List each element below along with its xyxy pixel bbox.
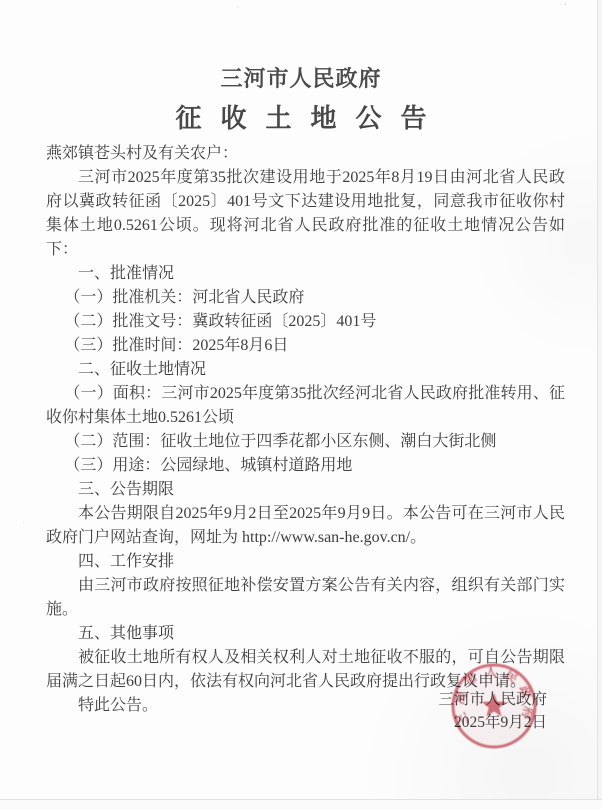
document-header: 三河市人民政府 征收土地公告 [0,62,602,135]
scanned-notice-page: 三河市人民政府 征收土地公告 燕郊镇苍头村及有关农户： 三河市2025年度第35… [0,0,602,809]
document-body: 燕郊镇苍头村及有关农户： 三河市2025年度第35批次建设用地于2025年8月1… [46,142,565,718]
issuer-title: 三河市人民政府 [0,62,602,93]
scan-edge-bottom-line [0,799,602,800]
section-3-paragraph: 本公告期限自2025年9月2日至2025年9月9日。本公告可在三河市人民政府门户… [46,502,565,550]
salutation: 燕郊镇苍头村及有关农户： [46,142,565,166]
section-1-item-1: （一）批准机关：河北省人民政府 [46,286,565,310]
official-seal: 三河市人民政府 [439,651,549,761]
section-5-heading: 五、其他事项 [46,622,565,646]
section-1-item-2: （二）批准文号：冀政转征函〔2025〕401号 [46,310,565,334]
section-1-heading: 一、批准情况 [46,262,565,286]
section-2-item-3: （三）用途：公园绿地、城镇村道路用地 [46,454,565,478]
section-3-heading: 三、公告期限 [46,478,565,502]
intro-paragraph: 三河市2025年度第35批次建设用地于2025年8月19日由河北省人民政府以冀政… [46,166,565,262]
scan-edge-right-line [597,0,598,809]
scan-noise-specks [0,0,1,1]
notice-title: 征收土地公告 [0,98,602,135]
section-4-paragraph: 由三河市政府按照征地补偿安置方案公告有关内容，组织有关部门实施。 [46,574,565,622]
scan-edge-right-light [598,0,602,809]
scan-edge-bottom-light [0,800,602,809]
section-2-item-1: （一）面积：三河市2025年度第35批次经河北省人民政府批准转用、征收你村集体土… [46,382,565,430]
section-2-heading: 二、征收土地情况 [46,358,565,382]
section-4-heading: 四、工作安排 [46,550,565,574]
section-2-item-2: （二）范围：征收土地位于四季花都小区东侧、潮白大街北侧 [46,430,565,454]
section-1-item-3: （三）批准时间：2025年8月6日 [46,334,565,358]
